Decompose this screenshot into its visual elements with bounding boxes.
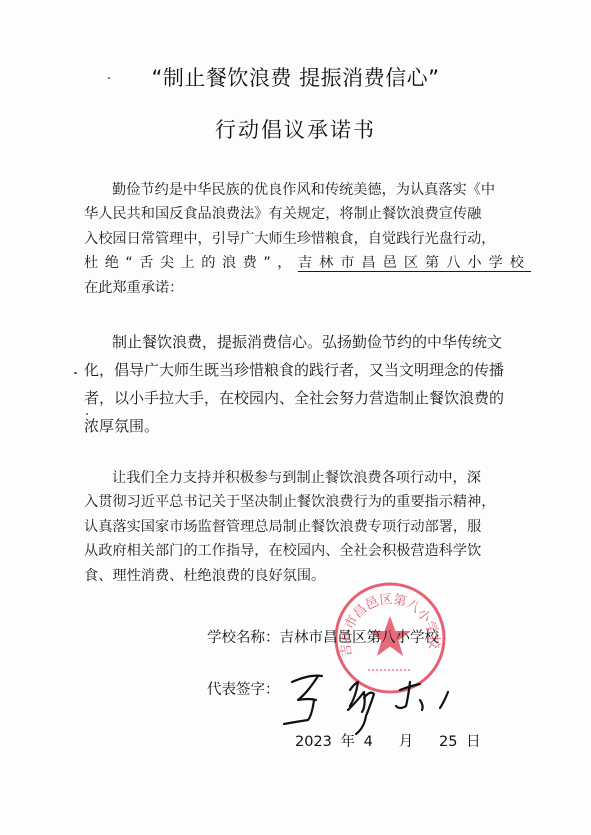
paragraph-call-to-action: 让我们全力支持并积极参与到制止餐饮浪费各项行动中，深 入贯彻习近平总书记关于坚决… xyxy=(84,466,514,588)
paragraph-line: 认真落实国家市场监督管理总局制止餐饮浪费专项行动部署，服 xyxy=(84,515,514,539)
handwritten-signature-icon xyxy=(270,660,470,740)
document-title: “制止餐饮浪费 提振消费信心” xyxy=(0,62,591,92)
paragraph-line: 化，倡导广大师生既当珍惜粮食的践行者，又当文明理念的传播 xyxy=(84,356,514,384)
paragraph-line: 杜绝“舌尖上的浪费”，吉林市昌邑区第八小学校 xyxy=(84,251,514,275)
date-month: 4 xyxy=(364,734,373,750)
paragraph-text: 杜绝“舌尖上的浪费”， xyxy=(84,255,298,271)
document-subtitle: 行动倡议承诺书 xyxy=(0,114,591,144)
school-name-label: 学校名称： xyxy=(207,630,280,646)
scan-speck xyxy=(86,413,88,415)
school-name-underlined: 吉林市昌邑区第八小学校 xyxy=(298,255,531,271)
paragraph-line: 华人民共和国反食品浪费法》有关规定，将制止餐饮浪费宣传融 xyxy=(84,202,514,226)
paragraph-intro: 勤俭节约是中华民族的优良作风和传统美德，为认真落实《中 华人民共和国反食品浪费法… xyxy=(84,178,514,300)
school-name-value: 吉林市昌邑区第八小学校 xyxy=(280,630,440,646)
paragraph-line: 让我们全力支持并积极参与到制止餐饮浪费各项行动中，深 xyxy=(84,466,514,490)
representative-signature-row: 代表签字： xyxy=(207,678,280,699)
representative-label: 代表签字： xyxy=(207,682,280,698)
date-month-unit: 月 xyxy=(399,734,414,750)
date-year-unit: 年 xyxy=(341,734,356,750)
signing-date: 2023 年 4 月 25 日 xyxy=(295,730,481,751)
paragraph-line: 浓厚氛围。 xyxy=(84,412,514,440)
scan-speck xyxy=(108,77,110,79)
paragraph-line: 勤俭节约是中华民族的优良作风和传统美德，为认真落实《中 xyxy=(84,178,514,202)
paragraph-line: 制止餐饮浪费，提振消费信心。弘扬勤俭节约的中华传统文 xyxy=(84,328,514,356)
paragraph-line: 入贯彻习近平总书记关于坚决制止餐饮浪费行为的重要指示精神， xyxy=(84,490,514,514)
date-year: 2023 xyxy=(295,734,332,750)
document-page: “制止餐饮浪费 提振消费信心” 行动倡议承诺书 勤俭节约是中华民族的优良作风和传… xyxy=(0,0,591,835)
date-day: 25 xyxy=(439,734,457,750)
school-name-row: 学校名称：吉林市昌邑区第八小学校 xyxy=(207,626,439,647)
scan-speck xyxy=(74,372,77,374)
paragraph-line: 从政府相关部门的工作指导，在校园内、全社会积极营造科学饮 xyxy=(84,539,514,563)
paragraph-line: 在此郑重承诺： xyxy=(84,276,514,300)
paragraph-line: 者，以小手拉大手，在校园内、全社会努力营造制止餐饮浪费的 xyxy=(84,384,514,412)
paragraph-line: 入校园日常管理中，引导广大师生珍惜粮食，自觉践行光盘行动， xyxy=(84,227,514,251)
date-day-unit: 日 xyxy=(466,734,481,750)
paragraph-commitment: 制止餐饮浪费，提振消费信心。弘扬勤俭节约的中华传统文 化，倡导广大师生既当珍惜粮… xyxy=(84,328,514,440)
